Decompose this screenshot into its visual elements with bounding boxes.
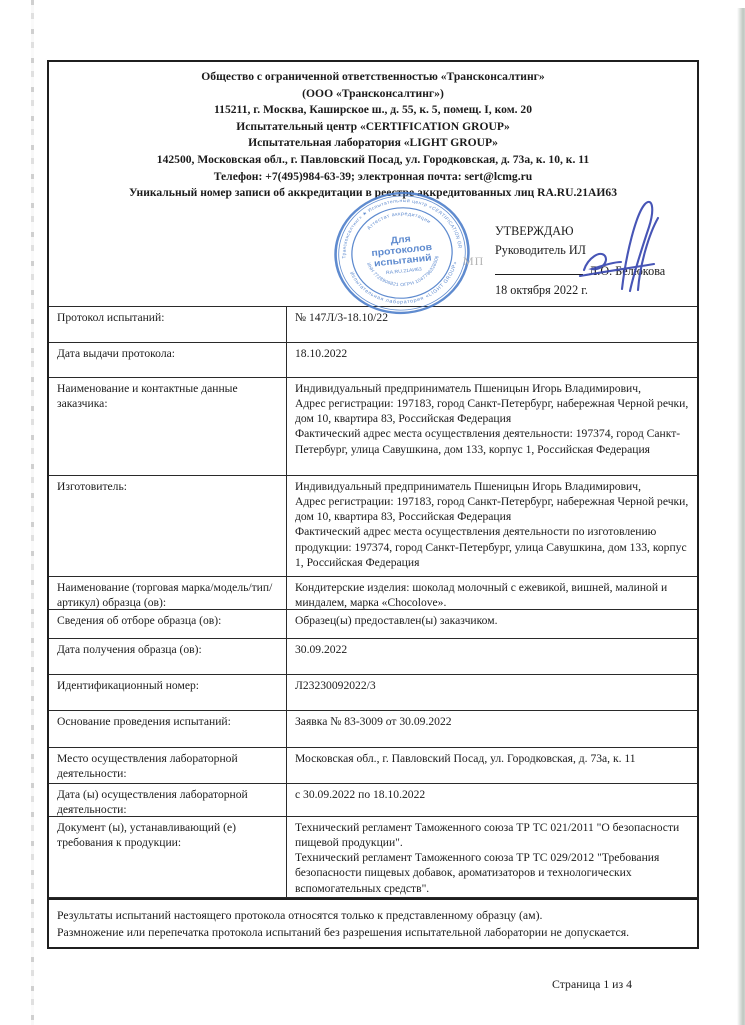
- stamp-center-line2: протоколов: [371, 242, 433, 259]
- stamp-center-line3: испытаний: [374, 253, 433, 269]
- row-label: Наименование (торговая марка/модель/тип/…: [49, 577, 287, 609]
- approval-block: УТВЕРЖДАЮ Руководитель ИЛ Л.О. Белюкова …: [495, 222, 695, 301]
- row-label: Протокол испытаний:: [49, 307, 287, 342]
- row-value: Технический регламент Таможенного союза …: [287, 817, 697, 897]
- row-value: Кондитерские изделия: шоколад молочный с…: [287, 577, 697, 609]
- table-row: Место осуществления лабораторной деятель…: [49, 748, 697, 784]
- table-row: Дата выдачи протокола: 18.10.2022: [49, 343, 697, 378]
- row-label: Наименование и контактные данные заказчи…: [49, 378, 287, 475]
- table-row: Протокол испытаний: № 147Л/3-18.10/22: [49, 307, 697, 343]
- approver-name: Л.О. Белюкова: [589, 264, 665, 278]
- row-value: Индивидуальный предприниматель Пшеницын …: [287, 476, 697, 576]
- test-lab-name: Испытательная лаборатория «LIGHT GROUP»: [55, 135, 691, 152]
- row-label: Основание проведения испытаний:: [49, 711, 287, 747]
- row-label: Документ (ы), устанавливающий (е) требов…: [49, 817, 287, 897]
- row-label: Место осуществления лабораторной деятель…: [49, 748, 287, 783]
- signature-row: Л.О. Белюкова: [495, 261, 695, 282]
- table-row: Основание проведения испытаний: Заявка №…: [49, 711, 697, 748]
- row-label: Дата (ы) осуществления лабораторной деят…: [49, 784, 287, 816]
- row-label: Изготовитель:: [49, 476, 287, 576]
- disclaimer-line2: Размножение или перепечатка протокола ис…: [57, 924, 689, 942]
- row-value: 18.10.2022: [287, 343, 697, 377]
- row-label: Дата выдачи протокола:: [49, 343, 287, 377]
- row-value: № 147Л/3-18.10/22: [287, 307, 697, 342]
- test-center-name: Испытательный центр «CERTIFICATION GROUP…: [55, 119, 691, 136]
- round-stamp: ООО «Трансконсалтинг» ★ Испытательный це…: [326, 183, 478, 323]
- approver-role: Руководитель ИЛ: [495, 241, 695, 261]
- document-header: Общество с ограниченной ответственностью…: [49, 62, 697, 202]
- table-row: Идентификационный номер: Л23230092022/3: [49, 675, 697, 711]
- table-row: Документ (ы), устанавливающий (е) требов…: [49, 817, 697, 898]
- row-label: Дата получения образца (ов):: [49, 639, 287, 674]
- row-value: Московская обл., г. Павловский Посад, ул…: [287, 748, 697, 783]
- disclaimer-note: Результаты испытаний настоящего протокол…: [49, 898, 697, 949]
- accreditation-line: Уникальный номер записи об аккредитации …: [55, 185, 691, 202]
- row-value: с 30.09.2022 по 18.10.2022: [287, 784, 697, 816]
- table-row: Дата получения образца (ов): 30.09.2022: [49, 639, 697, 675]
- table-row: Сведения об отборе образца (ов): Образец…: [49, 610, 697, 639]
- svg-text:Испытательная лаборатория «LIG: Испытательная лаборатория «LIGHT GROUP»: [348, 260, 463, 311]
- org-address: 115211, г. Москва, Каширское ш., д. 55, …: [55, 102, 691, 119]
- row-label: Идентификационный номер:: [49, 675, 287, 710]
- stamp-ring-bottom-text: Испытательная лаборатория «LIGHT GROUP»: [348, 260, 463, 311]
- page-number: Страница 1 из 4: [480, 977, 632, 992]
- table-row: Наименование и контактные данные заказчи…: [49, 378, 697, 476]
- protocol-document: Общество с ограниченной ответственностью…: [47, 60, 699, 949]
- org-name-full: Общество с ограниченной ответственностью…: [55, 69, 691, 86]
- row-value: Л23230092022/3: [287, 675, 697, 710]
- approve-label: УТВЕРЖДАЮ: [495, 222, 695, 242]
- table-row: Изготовитель: Индивидуальный предпринима…: [49, 476, 697, 577]
- row-value: 30.09.2022: [287, 639, 697, 674]
- approval-area: ООО «Трансконсалтинг» ★ Испытательный це…: [49, 202, 697, 306]
- svg-text:ИНН 7728906821 ОГРН 104779632: ИНН 7728906821 ОГРН 1047796328006: [365, 254, 444, 291]
- stamp-accreditation-number: RA.RU.21АИ63: [386, 266, 423, 275]
- stamp-attestat-text: Аттестат аккредитации: [365, 208, 433, 231]
- svg-text:Аттестат аккредитации: Аттестат аккредитации: [365, 208, 433, 231]
- contact-line: Телефон: +7(495)984-63-39; электронная п…: [55, 169, 691, 186]
- stamp-center-line1: Для: [390, 234, 411, 246]
- stamp-inn-ogrn-text: ИНН 7728906821 ОГРН 1047796328006: [365, 254, 444, 291]
- scan-artifact-left: [31, 0, 34, 1025]
- protocol-table: Протокол испытаний: № 147Л/3-18.10/22 Да…: [49, 306, 697, 949]
- lab-address: 142500, Московская обл., г. Павловский П…: [55, 152, 691, 169]
- row-value: Образец(ы) предоставлен(ы) заказчиком.: [287, 610, 697, 638]
- signature-line: [495, 261, 583, 275]
- table-row: Наименование (торговая марка/модель/тип/…: [49, 577, 697, 610]
- org-name-short: (ООО «Трансконсалтинг»): [55, 86, 691, 103]
- scanned-protocol-page: Общество с ограниченной ответственностью…: [0, 0, 745, 1025]
- row-value: Индивидуальный предприниматель Пшеницын …: [287, 378, 697, 475]
- table-row: Дата (ы) осуществления лабораторной деят…: [49, 784, 697, 817]
- row-value: Заявка № 83-3009 от 30.09.2022: [287, 711, 697, 747]
- approval-date: 18 октября 2022 г.: [495, 281, 695, 301]
- row-label: Сведения об отборе образца (ов):: [49, 610, 287, 638]
- scan-artifact-right: [737, 8, 745, 1025]
- disclaimer-line1: Результаты испытаний настоящего протокол…: [57, 907, 689, 925]
- stamp-placeholder-mp: МП: [463, 254, 484, 269]
